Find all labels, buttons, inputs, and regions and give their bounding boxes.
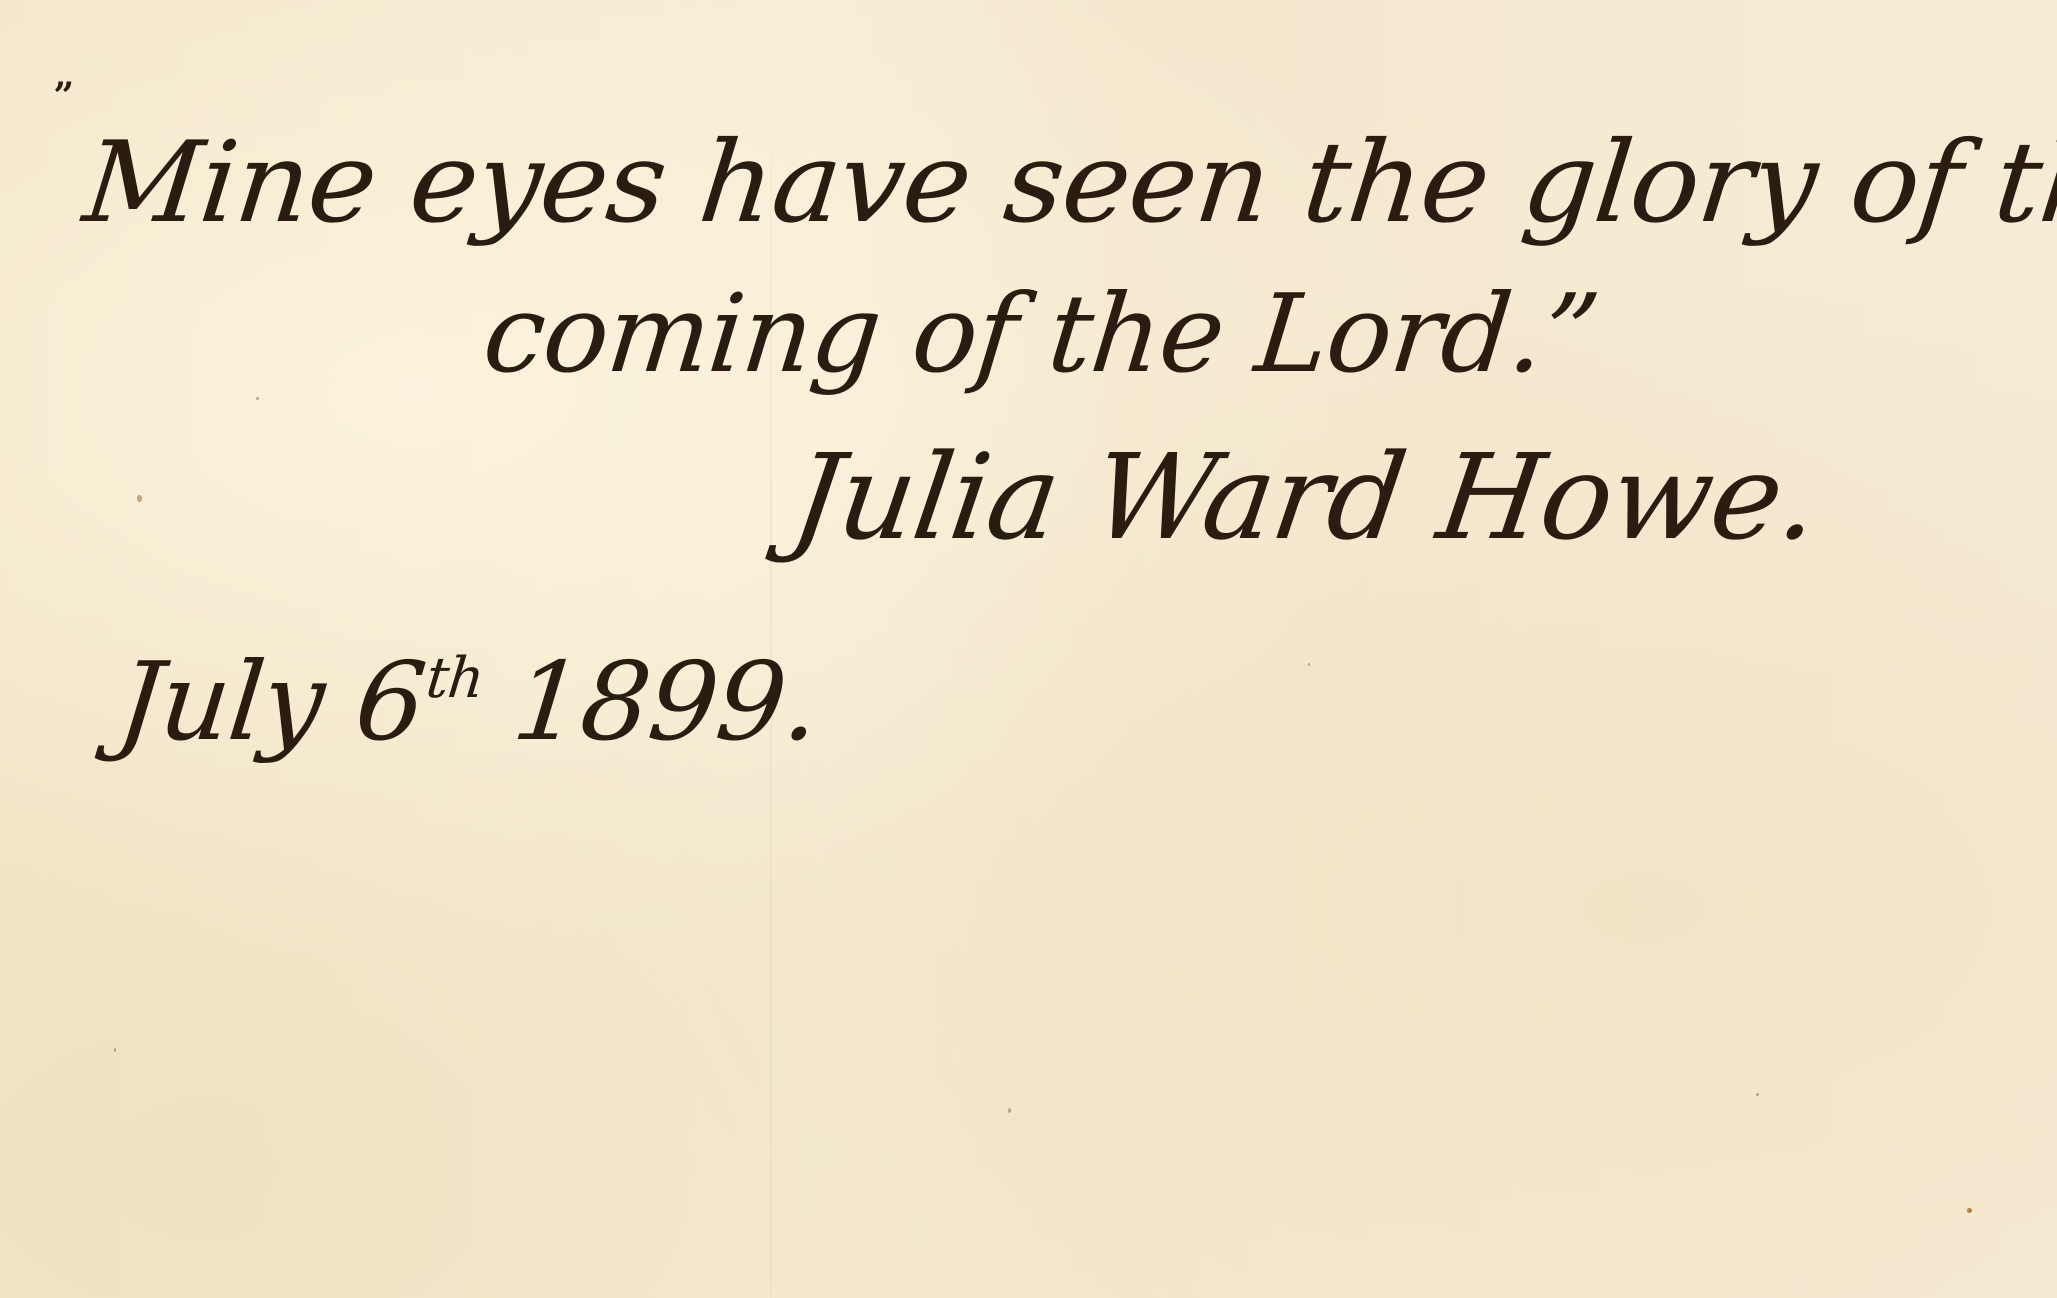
paper-speck xyxy=(256,397,259,400)
letter-paper: „ Mine eyes have seen the glory of the c… xyxy=(0,0,2057,1298)
paper-speck xyxy=(114,1048,116,1052)
author-signature: Julia Ward Howe. xyxy=(784,428,1827,566)
paper-speck xyxy=(1308,663,1310,666)
date-year: 1899. xyxy=(507,640,824,765)
date-month-day: July 6 xyxy=(112,640,431,765)
date-line: July 6th 1899. xyxy=(112,640,825,765)
paper-speck xyxy=(1008,1108,1011,1113)
paper-speck xyxy=(137,495,142,502)
quote-line-1: Mine eyes have seen the glory of the xyxy=(78,118,2057,248)
quote-line-2: coming of the Lord.” xyxy=(478,272,1604,397)
paper-speck xyxy=(1967,1208,1972,1213)
paper-speck xyxy=(1756,1093,1759,1096)
date-ordinal-suffix: th xyxy=(423,646,486,711)
opening-quote-mark: „ xyxy=(54,54,74,96)
